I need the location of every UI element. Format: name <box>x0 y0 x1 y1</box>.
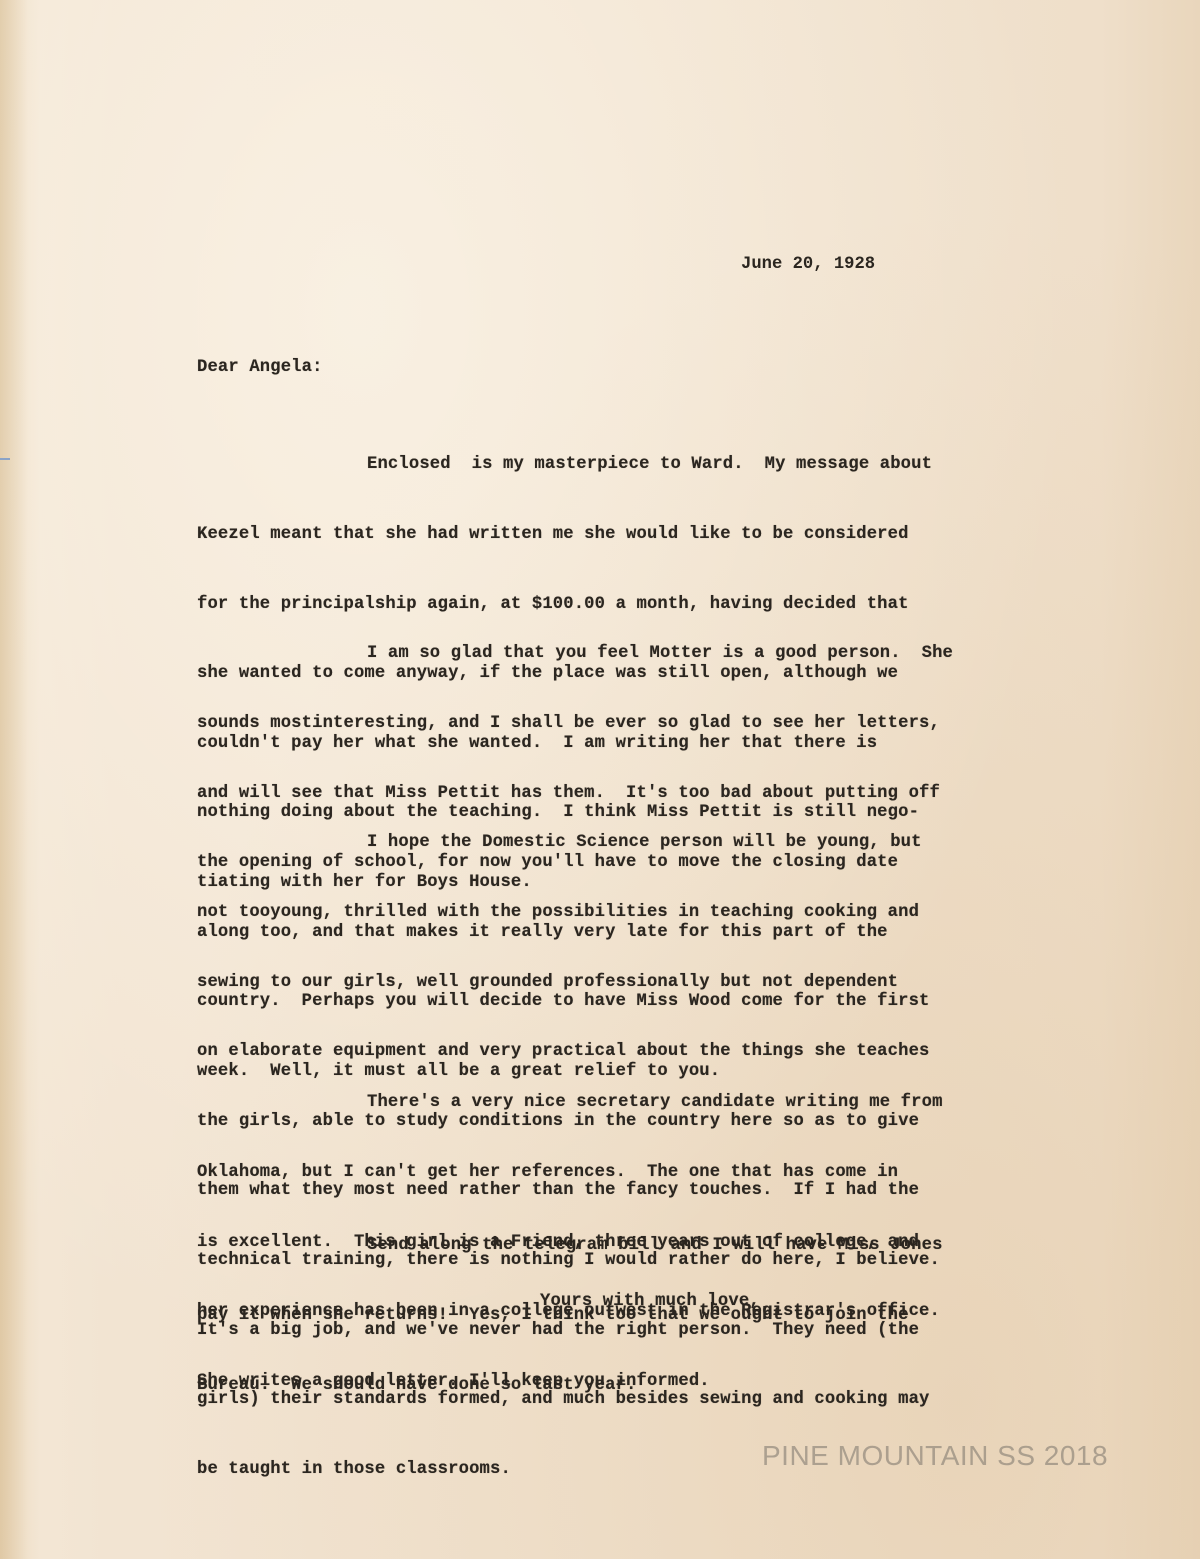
closing-valediction: Yours with much love, <box>540 1290 760 1313</box>
paragraph-line: Keezel meant that she had written me she… <box>197 523 932 546</box>
paragraph-telegram: Send along the telegram bill and I will … <box>197 1188 943 1443</box>
paragraph-line: Send along the telegram bill and I will … <box>197 1234 943 1257</box>
archive-watermark: PINE MOUNTAIN SS 2018 <box>762 1440 1108 1472</box>
paragraph-line: sewing to our girls, well grounded profe… <box>197 971 940 994</box>
paragraph-line: Oklahoma, but I can't get her references… <box>197 1161 943 1184</box>
paper-edge-mark <box>0 458 10 482</box>
paragraph-line: sounds mostinteresting, and I shall be e… <box>197 712 953 735</box>
paragraph-line: There's a very nice secretary candidate … <box>197 1091 943 1114</box>
paragraph-line: Enclosed is my masterpiece to Ward. My m… <box>197 453 932 476</box>
paragraph-line: not tooyoung, thrilled with the possibil… <box>197 901 940 924</box>
letter-body: Dear Angela: Enclosed is my masterpiece … <box>197 0 1037 325</box>
salutation: Dear Angela: <box>197 356 323 379</box>
paragraph-line: I am so glad that you feel Motter is a g… <box>197 642 953 665</box>
paragraph-line: Bureau. We should have done so last year… <box>197 1374 943 1397</box>
paper-edge-shadow <box>0 0 28 1559</box>
paragraph-line: I hope the Domestic Science person will … <box>197 831 940 854</box>
